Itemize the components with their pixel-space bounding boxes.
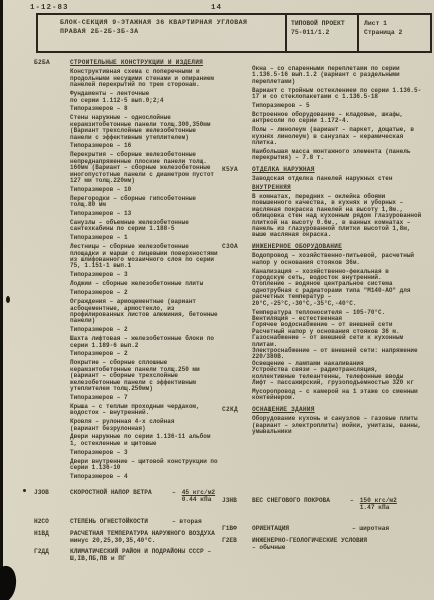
paragraph: Перегородки – сборные гипсобетонные толщ…: [70, 196, 219, 209]
paragraph: ВНУТРЕННЯЯ: [252, 185, 424, 191]
scan-speck: [6, 296, 10, 303]
spec-code: Г2ДД: [34, 548, 49, 555]
title-block-name-cell: БЛОК-СЕКЦИЯ 9-ЭТАЖНАЯ 36 КВАРТИРНАЯ УГЛО…: [38, 15, 285, 51]
spec-code: Н1ВД: [34, 530, 49, 537]
paragraph: Крыша – с теплым проходным чердаком, вод…: [70, 404, 219, 417]
spec-value-primary: 45 кгс/м2: [182, 489, 215, 496]
paragraph: Двери внутренние – щитовой конструкции п…: [70, 459, 219, 472]
paragraph: Типоразмеров – 2: [70, 327, 219, 333]
paragraph: Типоразмеров – 3: [70, 450, 219, 456]
paragraph: Санузлы – объемные железобетонные сантех…: [70, 220, 219, 233]
title-block-project-cell: ТИПОВОЙ ПРОЕКТ 75-011/1.2: [285, 15, 357, 51]
spec-value-secondary: 0.44 кПа: [182, 496, 215, 503]
spec-label: СТЕПЕНЬ ОГНЕСТОЙКОСТИ: [70, 518, 172, 525]
spec-value: – обычные: [222, 544, 428, 551]
spec-dash: –: [344, 497, 360, 511]
paragraph: Типоразмеров – 3: [70, 272, 219, 278]
paragraph: Перекрытия – сборные железобетонные непр…: [70, 152, 219, 184]
paragraph: Полы – линолеум (вариант – паркет, дощат…: [252, 127, 424, 146]
paragraph: Типоразмеров – 13: [70, 211, 219, 217]
title-block-sheet-cell: Лист 1 Страница 2: [357, 15, 430, 51]
paragraph: Мусоропровод – с камерой на 1 этаже со с…: [252, 389, 424, 402]
spec-snow-load: J3НВ ВЕС СНЕГОВОГО ПОКРОВА – 150 кгс/м2 …: [222, 497, 428, 511]
section-paragraphs: Водопровод – хозяйственно-питьевой, расч…: [252, 253, 424, 401]
section-title: СТРОИТЕЛЬНЫЕ КОНСТРУКЦИИ И ИЗДЕЛИЯ: [70, 60, 219, 66]
spec-value-primary: 150 кгс/м2: [360, 497, 397, 504]
paragraph: Фундаменты – ленточные по серии 1.112-5 …: [70, 91, 219, 104]
section-paragraphs: Конструктивная схема с поперечными и про…: [70, 69, 219, 480]
title-block-table: БЛОК-СЕКЦИЯ 9-ЭТАЖНАЯ 36 КВАРТИРНАЯ УГЛО…: [36, 13, 432, 53]
spec-label: СКОРОСТНОЙ НАПОР ВЕТРА: [70, 489, 166, 503]
paragraph: Двери наружные по серии 1.136-11 альбом …: [70, 434, 219, 447]
paragraph: Типоразмеров – 10: [70, 187, 219, 193]
paragraph: Лоджии – сборные железобетонные плиты: [70, 281, 219, 287]
section-paragraphs: Окна – со спаренными переплетами по сери…: [252, 66, 424, 162]
scan-speck: [23, 489, 26, 492]
section-code: С2КД: [222, 407, 238, 413]
spec-label: ВЕС СНЕГОВОГО ПОКРОВА: [252, 497, 344, 511]
paragraph: Встроенное оборудование – кладовые, шкаф…: [252, 112, 424, 125]
spec-label: КЛИМАТИЧЕСКИЙ РАЙОН И ПОДРАЙОНЫ СССР –: [70, 548, 211, 555]
paragraph: Стены наружные – однослойные керамзитобе…: [70, 115, 219, 141]
paragraph: Канализация – хозяйственно-фекальная в г…: [252, 269, 424, 307]
spec-value: – широтная: [352, 525, 389, 532]
paragraph: Ограждения – армоцементные (вариант асбо…: [70, 299, 219, 325]
ink-blot-artifact: [0, 564, 20, 600]
paragraph: Типоразмеров – 8: [70, 106, 219, 112]
paragraph: Лестницы – сборные железобетонные площад…: [70, 244, 219, 270]
page-number: 14: [211, 4, 222, 12]
paragraph: Вариант с тройным остеклением по серии 1…: [252, 88, 424, 101]
spec-label: ОРИЕНТАЦИЯ: [252, 525, 352, 532]
spec-orientation: Г1ВФ ОРИЕНТАЦИЯ – широтная: [222, 525, 428, 532]
paragraph: Водопровод – хозяйственно-питьевой, расч…: [252, 253, 424, 266]
section-engineering: С3ОА ИНЖЕНЕРНОЕ ОБОРУДОВАНИЕ Водопровод …: [222, 244, 424, 402]
section-code: К5УА: [222, 167, 238, 173]
left-column: Б2БА СТРОИТЕЛЬНЫЕ КОНСТРУКЦИИ И ИЗДЕЛИЯ …: [34, 60, 219, 485]
paragraph: Типоразмеров – 7: [70, 395, 219, 401]
spec-wind-pressure: J3ОВ СКОРОСТНОЙ НАПОР ВЕТРА – 45 кгс/м2 …: [34, 489, 222, 503]
spec-fire-resistance: Н2СО СТЕПЕНЬ ОГНЕСТОЙКОСТИ – вторая: [34, 518, 222, 525]
paragraph: Типоразмеров – 1: [70, 235, 219, 241]
paragraph: Типоразмеров – 4: [70, 474, 219, 480]
spec-code: J3ОВ: [34, 489, 49, 496]
paragraph: Типоразмеров – 2: [70, 351, 219, 357]
spec-value: минус 20,25,30,35,40°С.: [34, 537, 222, 544]
paragraph: Наибольшая масса монтажного элемента (па…: [252, 149, 424, 162]
block-section-title-line2: ПРАВАЯ 2Б-2Б-3Б-3А: [60, 28, 283, 37]
paragraph: Температура теплоносителя – 105-70°С. Ве…: [252, 310, 424, 387]
spec-code: J3НВ: [222, 497, 237, 504]
spec-value: – вторая: [172, 518, 202, 525]
page-label: Страница 2: [364, 29, 428, 38]
paragraph: Типоразмеров – 2: [70, 290, 219, 296]
paragraph: Окна – со спаренными переплетами по сери…: [252, 66, 424, 85]
paragraph: Оборудование кухонь и санузлов – газовые…: [252, 416, 424, 435]
spec-label: РАСЧЕТНАЯ ТЕМПЕРАТУРА НАРУЖНОГО ВОЗДУХА: [70, 530, 215, 537]
paragraph: Типоразмеров – 5: [252, 103, 424, 109]
section-paragraphs: Оборудование кухонь и санузлов – газовые…: [252, 416, 424, 435]
spec-value-secondary: 1.47 кПа: [360, 504, 397, 511]
section-equipment: С2КД ОСНАЩЕНИЕ ЗДАНИЯ Оборудование кухон…: [222, 407, 424, 436]
right-column: Окна – со спаренными переплетами по сери…: [222, 66, 424, 440]
spec-label: ИНЖЕНЕРНО-ГЕОЛОГИЧЕСКИЕ УСЛОВИЯ: [252, 537, 367, 544]
section-paragraphs: Заводская отделка панелей наружных стенВ…: [252, 176, 424, 239]
paragraph: Покрытие – сборные сплошные керамзитобет…: [70, 360, 219, 392]
project-label: ТИПОВОЙ ПРОЕКТ: [291, 20, 355, 29]
paragraph: Кровля – рулонная 4-х слойная (вариант б…: [70, 419, 219, 432]
section-title: ОТДЕЛКА НАРУЖНАЯ: [252, 167, 424, 173]
block-section-title-line1: БЛОК-СЕКЦИЯ 9-ЭТАЖНАЯ 36 КВАРТИРНАЯ УГЛО…: [60, 19, 283, 28]
section-code: С3ОА: [222, 244, 238, 250]
document-code: 1-12-83: [30, 4, 69, 12]
paragraph: Заводская отделка панелей наружных стен: [252, 176, 424, 182]
spec-code: Г2ЕВ: [222, 537, 237, 544]
spec-code: Н2СО: [34, 518, 49, 525]
spec-dash: –: [166, 489, 182, 503]
paragraph: Шахта лифтовая – железобетонные блоки по…: [70, 336, 219, 349]
spec-geological-conditions: Г2ЕВ ИНЖЕНЕРНО-ГЕОЛОГИЧЕСКИЕ УСЛОВИЯ – о…: [222, 537, 428, 551]
section-title: ИНЖЕНЕРНОЕ ОБОРУДОВАНИЕ: [252, 244, 424, 250]
scanned-document-page: 1-12-83 14 БЛОК-СЕКЦИЯ 9-ЭТАЖНАЯ 36 КВАР…: [0, 0, 434, 600]
paragraph: В комнатах, передних – оклейка обоями по…: [252, 194, 424, 239]
section-title: ОСНАЩЕНИЕ ЗДАНИЯ: [252, 407, 424, 413]
section-finishing: К5УА ОТДЕЛКА НАРУЖНАЯ Заводская отделка …: [222, 167, 424, 239]
section-structures-continued: Окна – со спаренными переплетами по сери…: [222, 66, 424, 162]
spec-outdoor-temperature: Н1ВД РАСЧЕТНАЯ ТЕМПЕРАТУРА НАРУЖНОГО ВОЗ…: [34, 530, 222, 544]
section-structures: Б2БА СТРОИТЕЛЬНЫЕ КОНСТРУКЦИИ И ИЗДЕЛИЯ …: [34, 60, 219, 480]
paragraph: Типоразмеров – 16: [70, 143, 219, 149]
sheet-label: Лист 1: [364, 20, 428, 29]
project-code: 75-011/1.2: [291, 29, 355, 38]
scan-edge-artifact: [0, 0, 3, 600]
paragraph: Конструктивная схема с поперечными и про…: [70, 69, 219, 88]
spec-code: Г1ВФ: [222, 525, 237, 532]
spec-value: Ш,IВ,ПБ,ПВ и ПГ: [34, 555, 222, 562]
section-code: Б2БА: [34, 60, 50, 66]
spec-climate-region: Г2ДД КЛИМАТИЧЕСКИЙ РАЙОН И ПОДРАЙОНЫ ССС…: [34, 548, 222, 562]
